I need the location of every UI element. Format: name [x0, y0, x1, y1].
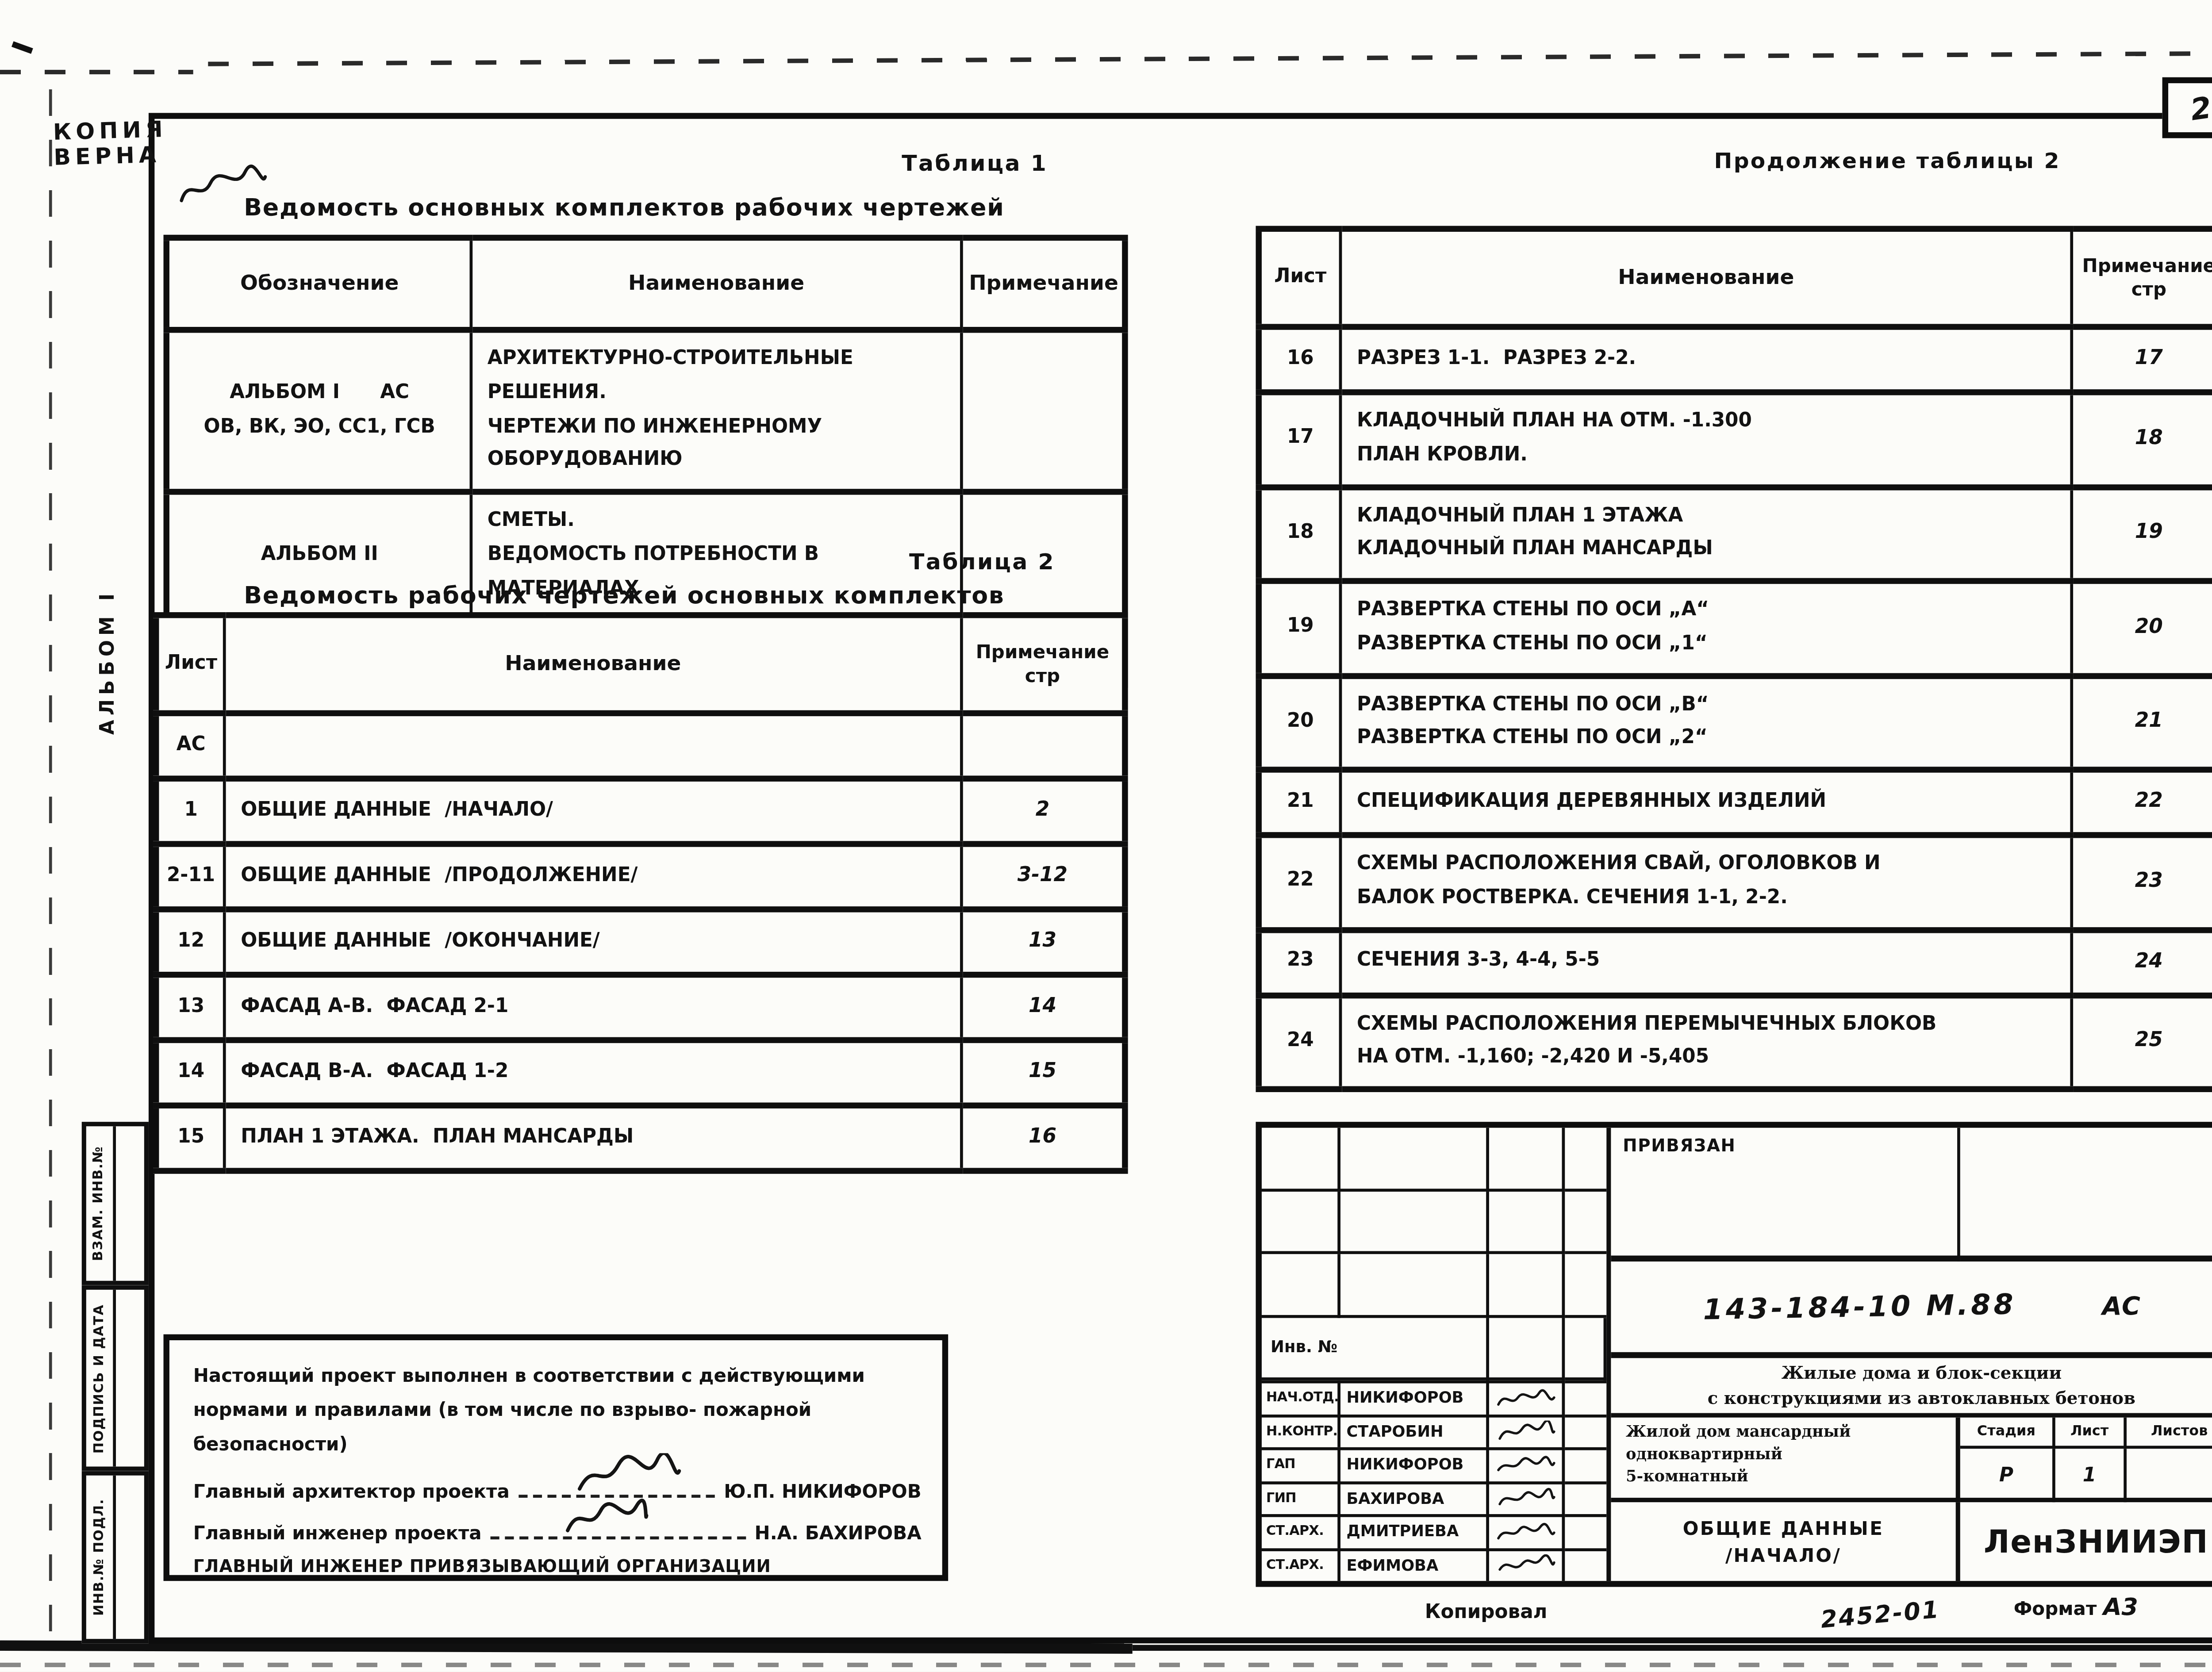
scan-artifact	[49, 89, 52, 1649]
signature-icon	[1494, 1521, 1557, 1543]
signature-icon	[1494, 1454, 1557, 1476]
copy-stamp: КОПИЯ ВЕРНА	[53, 117, 168, 172]
table-cell: КЛАДОЧНЫЙ ПЛАН НА ОТМ. -1.300 ПЛАН КРОВЛ…	[1340, 392, 2072, 487]
column-header: Наименование	[224, 615, 961, 713]
copied-by-label: Копировал	[1390, 1602, 1583, 1624]
grid-cell	[1340, 1191, 1489, 1254]
signature-cell	[1489, 1480, 1565, 1514]
sheet-value: 1	[2052, 1449, 2124, 1502]
table-cell: СЕЧЕНИЯ 3-3, 4-4, 5-5	[1340, 929, 2072, 995]
column-header: Примечание стр	[2072, 229, 2212, 327]
table-cell: 14	[156, 1040, 225, 1105]
table-header-row: Лист Наименование Примечание стр	[1259, 229, 2212, 327]
scan-artifact	[0, 1663, 2212, 1667]
table-cell: 2	[961, 778, 1125, 844]
grid-cell	[1565, 1191, 1606, 1254]
revision-grid: Инв. №	[1262, 1128, 1606, 1381]
compliance-note-text: Настоящий проект выполнен в соответствии…	[193, 1358, 922, 1461]
grid-cell	[1489, 1191, 1565, 1254]
attr-box-label-cell: ПОДПИСЬ И ДАТА	[86, 1290, 116, 1467]
table-row: 19РАЗВЕРТКА СТЕНЫ ПО ОСИ „А“ РАЗВЕРТКА С…	[1259, 581, 2212, 675]
table-cell: 22	[1259, 835, 1340, 929]
table-cell: АС	[156, 713, 225, 778]
date-cell	[1565, 1514, 1606, 1548]
engineer-name: Н.А. БАХИРОВА	[755, 1522, 922, 1544]
signature-icon	[1494, 1388, 1557, 1410]
table-cell: 19	[1259, 581, 1340, 675]
date-cell	[1565, 1548, 1606, 1581]
table-header-row: Обозначение Наименование Примечание	[166, 238, 1125, 330]
table-cell: 15	[156, 1105, 225, 1171]
organization-name: ЛенЗНИИЭП	[1960, 1502, 2212, 1581]
date-cell	[1565, 1381, 1606, 1414]
title-block-main-zone: ПРИВЯЗАН 143-184-10 М.88 АС Жилые дома и…	[1611, 1128, 2212, 1581]
signature-cell	[1489, 1447, 1565, 1481]
role-label: Н.КОНТР.	[1262, 1414, 1340, 1447]
album-label: АЛЬБОМ I	[97, 588, 119, 734]
grid-cell	[1489, 1254, 1565, 1317]
role-label: НАЧ.ОТД.	[1262, 1381, 1340, 1414]
role-label: ГАП	[1262, 1447, 1340, 1481]
table-row: 15ПЛАН 1 ЭТАЖА. ПЛАН МАНСАРДЫ16	[156, 1105, 1125, 1171]
attr-label: ВЗАМ. ИНВ.№	[92, 1146, 107, 1261]
column-header: Наименование	[471, 238, 962, 330]
table-cell: 3-12	[961, 844, 1125, 909]
signature-icon	[1494, 1421, 1557, 1443]
table-cell: 16	[961, 1105, 1125, 1171]
compliance-note-block: Настоящий проект выполнен в соответствии…	[164, 1335, 949, 1581]
bound-label-cell: ПРИВЯЗАН	[1611, 1128, 1960, 1262]
table-row: АС	[156, 713, 1125, 778]
signature-icon	[1494, 1488, 1557, 1510]
table-cell: 20	[2072, 581, 2212, 675]
table-cell: 2-11	[156, 844, 225, 909]
column-header: Лист	[1259, 229, 1340, 327]
attr-box-label-cell: ИНВ.№ ПОДЛ.	[86, 1476, 116, 1639]
table-cell: РАЗРЕЗ 1-1. РАЗРЕЗ 2-2.	[1340, 327, 2072, 392]
grid-cell	[1340, 1254, 1489, 1317]
table-cell: ПЛАН 1 ЭТАЖА. ПЛАН МАНСАРДЫ	[224, 1105, 961, 1171]
column-header: Обозначение	[166, 238, 471, 330]
table-row: 12ОБЩИЕ ДАННЫЕ /ОКОНЧАНИЕ/13	[156, 909, 1125, 975]
column-header: Лист	[156, 615, 225, 713]
table-cell: СХЕМЫ РАСПОЛОЖЕНИЯ ПЕРЕМЫЧЕЧНЫХ БЛОКОВ Н…	[1340, 995, 2072, 1089]
scan-artifact	[208, 51, 2212, 66]
format-label: Формат	[2014, 1597, 2097, 1619]
table2-continuation: Лист Наименование Примечание стр 16РАЗРЕ…	[1256, 226, 2212, 1092]
attr-box-vzam: ВЗАМ. ИНВ.№	[82, 1122, 149, 1285]
table-row: 2-11ОБЩИЕ ДАННЫЕ /ПРОДОЛЖЕНИЕ/3-12	[156, 844, 1125, 909]
document-number: 143-184-10 М.88	[1702, 1288, 2016, 1326]
table-cell: 12	[156, 909, 225, 975]
grid-cell	[1565, 1128, 1606, 1191]
engineer-label: Главный инженер проекта	[193, 1522, 482, 1544]
table-row: 22СХЕМЫ РАСПОЛОЖЕНИЯ СВАЙ, ОГОЛОВКОВ И Б…	[1259, 835, 2212, 929]
signature-cell	[1489, 1548, 1565, 1581]
table-cell: 13	[156, 975, 225, 1040]
person-name: СТАРОБИН	[1340, 1414, 1489, 1447]
document-code: АС	[2102, 1292, 2140, 1322]
grid-cell	[1489, 1128, 1565, 1191]
attr-box-empty-cell	[116, 1126, 144, 1281]
grid-cell	[1340, 1128, 1489, 1191]
attr-box-inv: ИНВ.№ ПОДЛ.	[82, 1471, 149, 1644]
table-cell: 24	[1259, 995, 1340, 1089]
table-cell: 14	[961, 975, 1125, 1040]
table-row: 18КЛАДОЧНЫЙ ПЛАН 1 ЭТАЖА КЛАДОЧНЫЙ ПЛАН …	[1259, 487, 2212, 581]
table-row: 17КЛАДОЧНЫЙ ПЛАН НА ОТМ. -1.300 ПЛАН КРО…	[1259, 392, 2212, 487]
grid-cell	[1565, 1317, 1606, 1381]
attr-label: ИНВ.№ ПОДЛ.	[92, 1499, 107, 1616]
attr-box-empty-cell	[116, 1290, 144, 1467]
table-cell: 24	[2072, 929, 2212, 995]
table-row: 14ФАСАД В-А. ФАСАД 1-215	[156, 1040, 1125, 1105]
table-row: 20РАЗВЕРТКА СТЕНЫ ПО ОСИ „В“ РАЗВЕРТКА С…	[1259, 675, 2212, 770]
signature-rows: НАЧ.ОТД. НИКИФОРОВ Н.КОНТР. СТАРОБИН ГАП…	[1262, 1381, 1606, 1581]
table2-caption: Таблица 2	[773, 548, 1055, 575]
date-cell	[1565, 1414, 1606, 1447]
table-cell: 15	[961, 1040, 1125, 1105]
page-number-box: 2	[2162, 77, 2212, 138]
table-cell: 13	[961, 909, 1125, 975]
table-cell: 17	[1259, 392, 1340, 487]
table-cell: 18	[1259, 487, 1340, 581]
table-cell: АРХИТЕКТУРНО-СТРОИТЕЛЬНЫЕ РЕШЕНИЯ. ЧЕРТЕ…	[471, 330, 962, 492]
grid-cell	[1489, 1317, 1565, 1381]
person-name: НИКИФОРОВ	[1340, 1447, 1489, 1481]
column-header: Наименование	[1340, 229, 2072, 327]
table-cell: 23	[1259, 929, 1340, 995]
table-cell: ОБЩИЕ ДАННЫЕ /ОКОНЧАНИЕ/	[224, 909, 961, 975]
table-cell: 21	[1259, 770, 1340, 835]
engineer-signature-icon	[562, 1498, 651, 1540]
object-title-cell: Жилой дом мансардный одноквартирный 5-ко…	[1611, 1418, 1960, 1502]
table-cell: РАЗВЕРТКА СТЕНЫ ПО ОСИ „В“ РАЗВЕРТКА СТЕ…	[1340, 675, 2072, 770]
table-cell: 16	[1259, 327, 1340, 392]
role-label: ГИП	[1262, 1480, 1340, 1514]
title-block-signature-zone: Инв. № НАЧ.ОТД. НИКИФОРОВ Н.КОНТР. СТАРО…	[1262, 1128, 1611, 1581]
signature-cell	[1489, 1381, 1565, 1414]
table-cell: ОБЩИЕ ДАННЫЕ /НАЧАЛО/	[224, 778, 961, 844]
architect-signature-icon	[573, 1454, 684, 1499]
sheet-title-cell: ОБЩИЕ ДАННЫЕ /НАЧАЛО/	[1611, 1502, 1960, 1581]
grid-cell	[1262, 1254, 1340, 1317]
table-row: АЛЬБОМ I АС ОВ, ВК, ЭО, СС1, ГСВАРХИТЕКТ…	[166, 330, 1125, 492]
album-label-wrap: АЛЬБОМ I	[69, 491, 149, 832]
architect-signature-line: Главный архитектор проекта Ю.П. НИКИФОРО…	[193, 1480, 922, 1503]
table-cell: СПЕЦИФИКАЦИЯ ДЕРЕВЯННЫХ ИЗДЕЛИЙ	[1340, 770, 2072, 835]
table-cell	[224, 713, 961, 778]
table-row: 1ОБЩИЕ ДАННЫЕ /НАЧАЛО/2	[156, 778, 1125, 844]
sheet-header: Лист	[2052, 1418, 2124, 1449]
table-cell: СХЕМЫ РАСПОЛОЖЕНИЯ СВАЙ, ОГОЛОВКОВ И БАЛ…	[1340, 835, 2072, 929]
table-header-row: Лист Наименование Примечание стр	[156, 615, 1125, 713]
person-name: ЕФИМОВА	[1340, 1548, 1489, 1581]
table-cell: ФАСАД А-В. ФАСАД 2-1	[224, 975, 961, 1040]
table-cell	[961, 713, 1125, 778]
document-number-cell: 143-184-10 М.88 АС	[1611, 1262, 2212, 1358]
table-cell: 22	[2072, 770, 2212, 835]
title-block: Инв. № НАЧ.ОТД. НИКИФОРОВ Н.КОНТР. СТАРО…	[1256, 1122, 2212, 1587]
person-name: НИКИФОРОВ	[1340, 1381, 1489, 1414]
table-cell: АЛЬБОМ I АС ОВ, ВК, ЭО, СС1, ГСВ	[166, 330, 471, 492]
signature-leader	[518, 1480, 715, 1498]
role-label: СТ.АРХ.	[1262, 1548, 1340, 1581]
scan-artifact	[1133, 1645, 2212, 1650]
table-row: 23СЕЧЕНИЯ 3-3, 4-4, 5-524	[1259, 929, 2212, 995]
stage-value: Р	[1960, 1449, 2052, 1502]
grid-cell	[1565, 1254, 1606, 1317]
attr-box-label-cell: ВЗАМ. ИНВ.№	[86, 1126, 116, 1281]
table1-caption: Таблица 1	[825, 150, 1048, 176]
format-value: А3	[2103, 1593, 2138, 1621]
table-cell: 19	[2072, 487, 2212, 581]
signature-cell	[1489, 1514, 1565, 1548]
signature-cell	[1489, 1414, 1565, 1447]
table-row: 24СХЕМЫ РАСПОЛОЖЕНИЯ ПЕРЕМЫЧЕЧНЫХ БЛОКОВ…	[1259, 995, 2212, 1089]
date-cell	[1565, 1447, 1606, 1481]
scan-artifact	[0, 70, 193, 74]
table2: Лист Наименование Примечание стр АС1ОБЩИ…	[153, 612, 1128, 1174]
architect-name: Ю.П. НИКИФОРОВ	[724, 1480, 922, 1503]
signature-icon	[1494, 1555, 1557, 1577]
table-cell: ОБЩИЕ ДАННЫЕ /ПРОДОЛЖЕНИЕ/	[224, 844, 961, 909]
column-header: Примечание стр	[961, 615, 1125, 713]
sheets-header: Листов	[2124, 1418, 2212, 1449]
table-cell: КЛАДОЧНЫЙ ПЛАН 1 ЭТАЖА КЛАДОЧНЫЙ ПЛАН МА…	[1340, 487, 2072, 581]
drawing-sheet: КОПИЯ ВЕРНА 2 АЛЬБОМ I ВЗАМ. ИНВ.№ ПОДПИ…	[0, 0, 2212, 1672]
person-name: БАХИРОВА	[1340, 1480, 1489, 1514]
binding-org-engineer-label: ГЛАВНЫЙ ИНЖЕНЕР ПРИВЯЗЫВАЮЩИЙ ОРГАНИЗАЦИ…	[193, 1556, 922, 1577]
stage-header: Стадия	[1960, 1418, 2052, 1449]
table-row: 21СПЕЦИФИКАЦИЯ ДЕРЕВЯННЫХ ИЗДЕЛИЙ22	[1259, 770, 2212, 835]
role-label: СТ.АРХ.	[1262, 1514, 1340, 1548]
person-name: ДМИТРИЕВА	[1340, 1514, 1489, 1548]
grid-cell	[1262, 1128, 1340, 1191]
series-title-cell: Жилые дома и блок-секции с конструкциями…	[1611, 1358, 2212, 1417]
table2-title: Ведомость рабочих чертежей основных комп…	[193, 581, 1055, 609]
stage-grid: Стадия Лист Листов Р 1	[1960, 1418, 2212, 1502]
inventory-number-label: Инв. №	[1262, 1317, 1489, 1381]
table-cell: 17	[2072, 327, 2212, 392]
table2cont-caption: Продолжение таблицы 2	[1664, 150, 2110, 174]
column-header: Примечание	[961, 238, 1125, 330]
table-cell: ФАСАД В-А. ФАСАД 1-2	[224, 1040, 961, 1105]
table1-title: Ведомость основных комплектов рабочих че…	[223, 193, 1025, 222]
signature-leader	[491, 1522, 746, 1540]
architect-label: Главный архитектор проекта	[193, 1480, 510, 1503]
table-cell: 18	[2072, 392, 2212, 487]
table-cell: 20	[1259, 675, 1340, 770]
grid-cell	[1262, 1191, 1340, 1254]
scan-artifact	[12, 41, 33, 54]
table-cell: 21	[2072, 675, 2212, 770]
engineer-signature-line: Главный инженер проекта Н.А. БАХИРОВА	[193, 1522, 922, 1544]
date-cell	[1565, 1480, 1606, 1514]
sheets-value	[2124, 1449, 2212, 1502]
format-line: Формат А3	[2014, 1593, 2138, 1621]
attr-box-podpis: ПОДПИСЬ И ДАТА	[82, 1285, 149, 1471]
table-row: 16РАЗРЕЗ 1-1. РАЗРЕЗ 2-2.17	[1259, 327, 2212, 392]
table-cell: 25	[2072, 995, 2212, 1089]
attr-box-empty-cell	[116, 1476, 144, 1639]
attr-label: ПОДПИСЬ И ДАТА	[92, 1304, 107, 1453]
table-cell: 23	[2072, 835, 2212, 929]
table-cell: РАЗВЕРТКА СТЕНЫ ПО ОСИ „А“ РАЗВЕРТКА СТЕ…	[1340, 581, 2072, 675]
page-number: 2	[2188, 88, 2212, 127]
bound-empty-cell	[1960, 1128, 2212, 1262]
table-row: 13ФАСАД А-В. ФАСАД 2-114	[156, 975, 1125, 1040]
table-cell	[961, 330, 1125, 492]
table-cell: 1	[156, 778, 225, 844]
